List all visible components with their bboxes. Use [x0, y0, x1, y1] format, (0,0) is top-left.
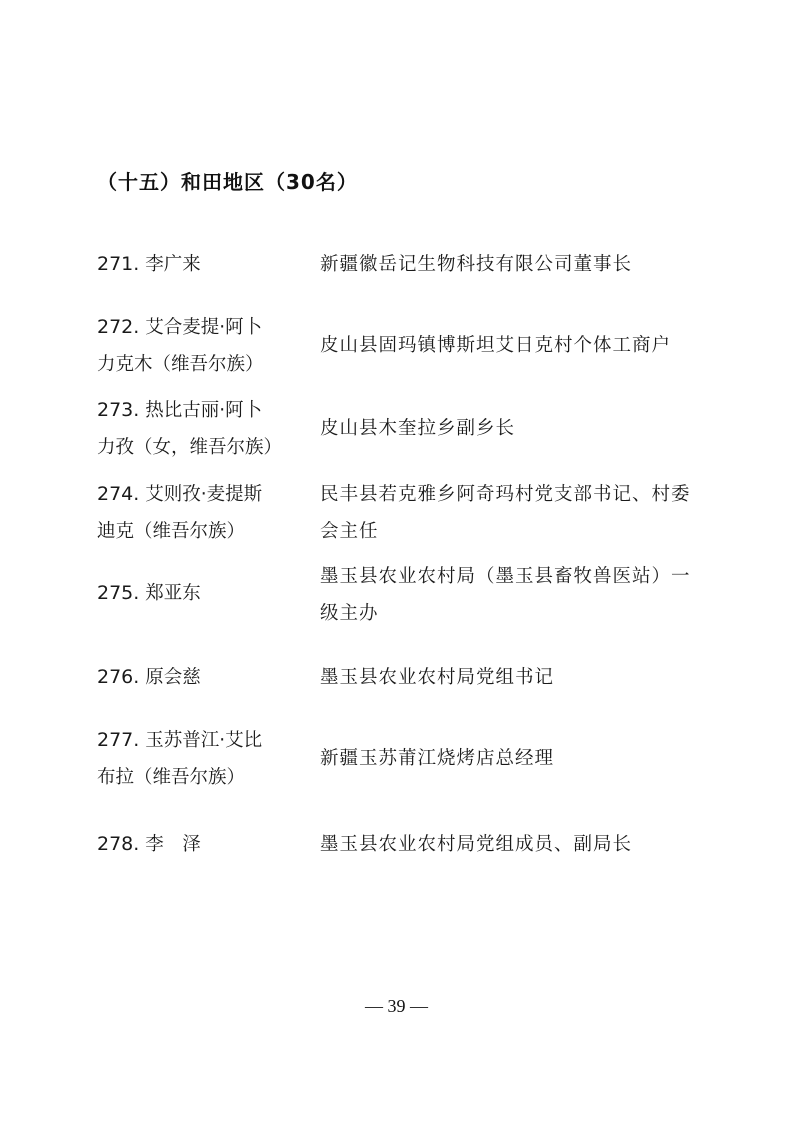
entry-description: 新疆玉苏莆江烧烤店总经理: [320, 740, 720, 777]
entry-description: 皮山县固玛镇博斯坦艾日克村个体工商户: [320, 327, 720, 364]
entry-number: 277.: [97, 729, 139, 751]
entry-name: 276. 原会慈: [97, 659, 312, 696]
entry-description: 新疆徽岳记生物科技有限公司董事长: [320, 246, 720, 283]
entry-name: 271. 李广来: [97, 246, 312, 283]
entry-name: 272. 艾合麦提·阿卜 力克木（维吾尔族）: [97, 309, 312, 383]
entry-number: 273.: [97, 399, 139, 421]
section-title: （十五）和田地区（30名）: [97, 166, 358, 195]
entry-number: 272.: [97, 316, 139, 338]
entry-description: 民丰县若克雅乡阿奇玛村党支部书记、村委 会主任: [320, 476, 720, 550]
entry-number: 275.: [97, 582, 139, 604]
entry-description: 墨玉县农业农村局党组书记: [320, 659, 720, 696]
entry-name: 273. 热比古丽·阿卜 力孜（女，维吾尔族）: [97, 392, 312, 466]
document-page: （十五）和田地区（30名） 271. 李广来 新疆徽岳记生物科技有限公司董事长 …: [0, 0, 793, 1121]
entry-number: 276.: [97, 666, 139, 688]
entry-name: 278. 李 泽: [97, 826, 312, 863]
entry-description: 皮山县木奎拉乡副乡长: [320, 410, 720, 447]
entry-description: 墨玉县农业农村局（墨玉县畜牧兽医站）一 级主办: [320, 558, 720, 632]
entry-name: 274. 艾则孜·麦提斯 迪克（维吾尔族）: [97, 476, 312, 550]
entry-number: 278.: [97, 833, 139, 855]
entry-description: 墨玉县农业农村局党组成员、副局长: [320, 826, 720, 863]
entry-name: 277. 玉苏普江·艾比 布拉（维吾尔族）: [97, 722, 312, 796]
entry-number: 274.: [97, 483, 139, 505]
page-number: — 39 —: [0, 996, 793, 1017]
entry-number: 271.: [97, 253, 139, 275]
entry-name: 275. 郑亚东: [97, 575, 312, 612]
